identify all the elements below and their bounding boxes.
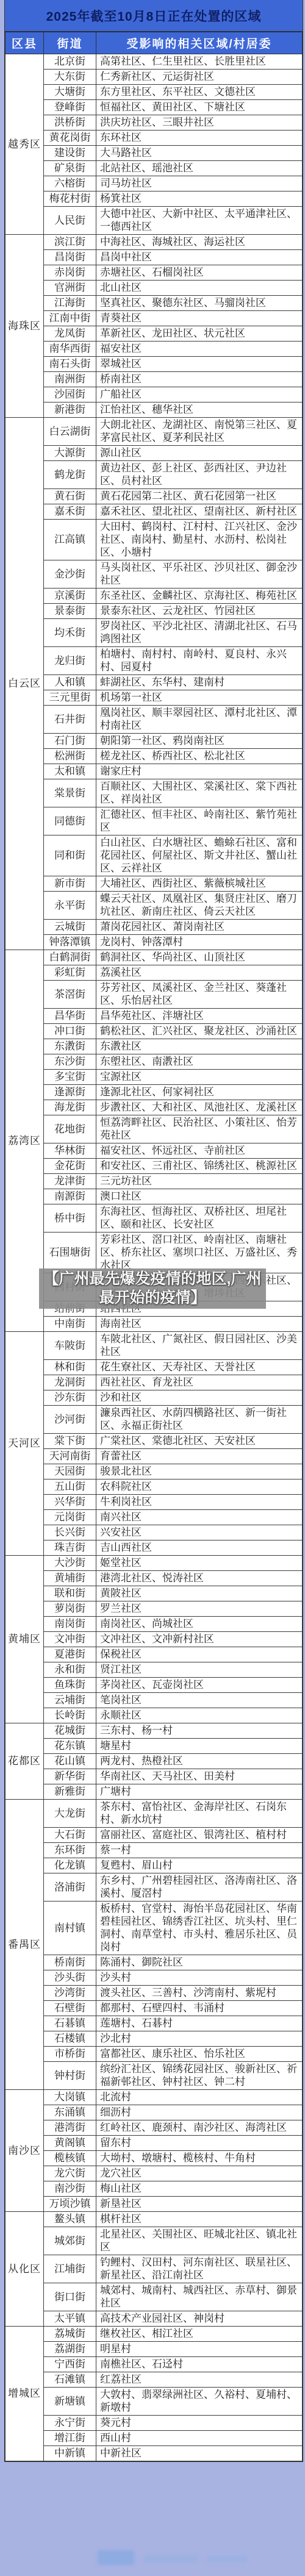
areas-cell: 大德中社区、大新中社区、太平通津社区、一德西社区: [96, 207, 303, 235]
table-row: 景泰街景泰东社区、云龙社区、竹园社区: [5, 604, 303, 619]
areas-cell: 昌岗中社区: [96, 250, 303, 265]
table-row: 洛浦街东乡村、广州碧桂园社区、洛涛南社区、洛溪村、厦滘村: [5, 1873, 303, 1902]
areas-cell: 东塱社区、南漖社区: [96, 1054, 303, 1070]
street-cell: 洛浦街: [44, 1873, 96, 1902]
areas-cell: 罗岗社区、平沙北社区、清湖北社区、石马鸿图社区: [96, 619, 303, 647]
street-cell: 桥中街: [44, 1204, 96, 1233]
areas-cell: 富丽社区、富庭社区、银湾社区、植村村: [96, 1828, 303, 1843]
street-cell: 茶滘街: [44, 981, 96, 1009]
street-cell: 京溪街: [44, 589, 96, 604]
areas-cell: 留东村: [96, 2136, 303, 2151]
areas-cell: 广船社区: [96, 387, 303, 402]
areas-cell: 杨箕社区: [96, 191, 303, 207]
street-cell: 钟落潭镇: [44, 935, 96, 950]
table-row: 官洲街北山社区: [5, 281, 303, 296]
street-cell: 江高镇: [44, 520, 96, 560]
header-areas: 受影响的相关区域/村居委: [96, 32, 303, 54]
street-cell: 长岭街: [44, 1708, 96, 1723]
table-row: 茶滘街芬芳社区、凤溪社区、金兰社区、葵蓬社区、乐怡居社区: [5, 981, 303, 1009]
street-cell: 南沙街: [44, 2181, 96, 2197]
street-cell: 石滩镇: [44, 2372, 96, 2388]
areas-cell: 萧岗花园社区、萧岗南社区: [96, 920, 303, 935]
street-cell: 荔湖街: [44, 2342, 96, 2357]
table-row: 东环街蔡一村: [5, 1843, 303, 1858]
table-row: 元岗街南兴社区: [5, 1510, 303, 1525]
street-cell: 南洲街: [44, 372, 96, 387]
areas-cell: 蚌湖社区、东华村、建南村: [96, 675, 303, 690]
table-row: 新塘镇大敦村、翡翠绿洲社区、久裕村、夏埔村、新墩村: [5, 2388, 303, 2416]
table-row: 均禾街罗岗社区、平沙北社区、清湖北社区、石马鸿图社区: [5, 619, 303, 647]
street-cell: 石碁镇: [44, 2016, 96, 2031]
street-cell: 龙洞街: [44, 1375, 96, 1390]
street-cell: 新塘镇: [44, 2388, 96, 2416]
areas-cell: 莲塘村、石碁村: [96, 2016, 303, 2031]
street-cell: 南源街: [44, 1189, 96, 1204]
areas-cell: 芳彩社区、滘口社区、岭南社区、南塘社区、桥东社区、塞坝口社区、万盛社区、秀水社区: [96, 1233, 303, 1273]
street-cell: 景泰街: [44, 604, 96, 619]
street-cell: 白云湖街: [44, 418, 96, 446]
street-cell: 沙头街: [44, 1970, 96, 1986]
table-row: 黄埔区大沙街姬堂社区: [5, 1556, 303, 1571]
street-cell: 黄花岗街: [44, 131, 96, 146]
areas-cell: 景泰东社区、云龙社区、竹园社区: [96, 604, 303, 619]
street-cell: 石楼镇: [44, 2031, 96, 2047]
areas-cell: 茅岗社区、瓦壶岗社区: [96, 1678, 303, 1693]
street-cell: 夏港街: [44, 1647, 96, 1662]
areas-cell: 逢源北社区、何家祠社区: [96, 1085, 303, 1100]
table-row: 多宝街宝源社区: [5, 1070, 303, 1085]
table-title: 2025年截至10月8日正在处置的区域: [5, 0, 303, 32]
street-cell: 珠吉街: [44, 1540, 96, 1556]
street-cell: 龙归街: [44, 647, 96, 675]
areas-cell: 贤江社区: [96, 1662, 303, 1678]
table-row: 石碁镇莲塘村、石碁村: [5, 2016, 303, 2031]
areas-cell: 沙北村: [96, 2031, 303, 2047]
table-row: 沙东街沙和社区: [5, 1390, 303, 1406]
table-row: 新华街华南社区、天马社区、田美村: [5, 1769, 303, 1784]
street-cell: 大东街: [44, 70, 96, 85]
table-row: 钟村街缤纷汇社区、锦绣花园社区、骏新社区、祈福新邨社区、钟村社区、钟二村: [5, 2062, 303, 2090]
areas-cell: 棋杆社区: [96, 2212, 303, 2227]
table-row: 联和街黄陂社区: [5, 1586, 303, 1601]
street-cell: 彩虹街: [44, 965, 96, 981]
areas-cell: 两龙村、热橙社区: [96, 1754, 303, 1769]
street-cell: 大龙街: [44, 1800, 96, 1828]
street-cell: 城郊街: [44, 2227, 96, 2255]
street-cell: 龙穴街: [44, 2166, 96, 2181]
table-row: 化龙镇复甦村、眉山村: [5, 1858, 303, 1873]
areas-cell: 赤塘社区、石榴岗社区: [96, 265, 303, 281]
street-cell: 鹤龙街: [44, 461, 96, 489]
table-row: 东涌镇细沥村: [5, 2105, 303, 2120]
table-row: 黄埔街港湾北社区、悦涛社区: [5, 1571, 303, 1586]
areas-cell: 沙头村: [96, 1970, 303, 1986]
areas-cell: 新垦社区: [96, 2197, 303, 2212]
table-row: 冲口街鹤松社区、汇兴社区、聚龙社区、沙涌社区: [5, 1024, 303, 1039]
areas-cell: 大朗北社区、龙湖社区、南悦第三社区、夏茅富民社区、夏茅利民社区: [96, 418, 303, 446]
street-cell: 人民街: [44, 207, 96, 235]
table-row: 黄花岗街东环社区: [5, 131, 303, 146]
areas-cell: 西社社区、育龙社区: [96, 1375, 303, 1390]
table-row: 建设街大马路社区: [5, 146, 303, 161]
table-row: 钟落潭镇龙岗村、钟落潭村: [5, 935, 303, 950]
areas-cell: 白山社区、白水塘社区、蟾蜍石社区、富和花园社区、何屋社区、斯文井社区、蟹山社区、…: [96, 835, 303, 876]
table-row: 永平街蝶云天社区、凤凰社区、集贤庄社区、磨刀坑社区、新南庄社区、倚云天社区: [5, 892, 303, 920]
table-row: 中新镇中新社区: [5, 2446, 303, 2461]
areas-cell: 沙和社区: [96, 1390, 303, 1406]
street-cell: 龙津街: [44, 1174, 96, 1189]
areas-cell: 塘星村: [96, 1739, 303, 1754]
table-row: 沙湾街渡头社区、三善村、沙湾南村、紫坭村: [5, 1986, 303, 2001]
street-cell: 永宁街: [44, 2416, 96, 2431]
table-row: 长兴街兴安社区: [5, 1525, 303, 1540]
table-row: 华林街福安社区、怀远社区、寺前社区: [5, 1143, 303, 1159]
table-row: 花山镇两龙村、热橙社区: [5, 1754, 303, 1769]
table-row: 永和街贤江社区: [5, 1662, 303, 1678]
table-row: 人和镇蚌湖社区、东华村、建南村: [5, 675, 303, 690]
table-row: 新市街大埔社区、西街社区、紫薇槟城社区: [5, 876, 303, 892]
table-row: 石壁街都那村、石壁四村、韦涌村: [5, 2001, 303, 2016]
table-row: 天河区车陂街车陂北社区、广氮社区、假日园社区、沙美社区: [5, 1332, 303, 1360]
table-row: 南岗街南岗社区、尚城社区: [5, 1617, 303, 1632]
table-row: 棠下街广棠社区、棠德北社区、天安社区: [5, 1434, 303, 1449]
areas-cell: 大敦村、翡翠绿洲社区、久裕村、夏埔村、新墩村: [96, 2388, 303, 2416]
areas-cell: 和安社区、三甫社区、锦绣社区、桃源社区: [96, 1159, 303, 1174]
areas-cell: 朝阳第一社区、鸦岗南社区: [96, 734, 303, 749]
street-cell: 万顷沙镇: [44, 2197, 96, 2212]
table-row: 江海街坚真社区、聚德东社区、马骝岗社区: [5, 296, 303, 311]
areas-cell: 嘉禾社区、望北社区、望南社区、新村社区: [96, 504, 303, 520]
district-cell: 天河区: [5, 1332, 44, 1556]
table-row: 市桥街富都社区、康乐社区、怡乐社区: [5, 2047, 303, 2062]
areas-cell: 大坳村、墩塘村、榄核村、牛角村: [96, 2151, 303, 2166]
areas-cell: 高第社区、仁生里社区、长胜里社区: [96, 54, 303, 70]
table-row: 金沙街马头岗社区、平乐社区、沙贝社区、御金沙社区: [5, 560, 303, 589]
areas-cell: 蝶云天社区、凤凰社区、集贤庄社区、磨刀坑社区、新南庄社区、倚云天社区: [96, 892, 303, 920]
areas-cell: 革新社区、龙田社区、状元社区: [96, 326, 303, 342]
street-cell: 榄核镇: [44, 2151, 96, 2166]
street-cell: 三元里街: [44, 690, 96, 706]
areas-cell: 大埔社区、西街社区、紫薇槟城社区: [96, 876, 303, 892]
street-cell: 大源街: [44, 446, 96, 461]
street-cell: 宁西街: [44, 2357, 96, 2372]
areas-cell: 继枚社区、相江社区: [96, 2327, 303, 2342]
table-row: 五山街农科院社区: [5, 1479, 303, 1495]
street-cell: 萝岗街: [44, 1601, 96, 1617]
areas-cell: 仁秀新社区、元运街社区: [96, 70, 303, 85]
table-row: 大源街源山社区: [5, 446, 303, 461]
areas-cell: 三元坊社区: [96, 1174, 303, 1189]
areas-cell: 姬堂社区: [96, 1556, 303, 1571]
table-row: 太平镇高技术产业园社区、神岗村: [5, 2311, 303, 2327]
table-row: 石围塘街芳彩社区、滘口社区、岭南社区、南塘社区、桥东社区、塞坝口社区、万盛社区、…: [5, 1233, 303, 1273]
table-row: 林和街花生寮社区、天寿社区、天誉社区: [5, 1360, 303, 1375]
street-cell: 大岗镇: [44, 2090, 96, 2105]
street-cell: 车陂街: [44, 1332, 96, 1360]
table-row: 同和街白山社区、白水塘社区、蟾蜍石社区、富和花园社区、何屋社区、斯文井社区、蟹山…: [5, 835, 303, 876]
street-cell: 官洲街: [44, 281, 96, 296]
street-cell: 东涌镇: [44, 2105, 96, 2120]
areas-cell: 大马路社区: [96, 146, 303, 161]
faint-watermark-text-blur: [143, 2555, 198, 2563]
table-row: 大东街仁秀新社区、元运街社区: [5, 70, 303, 85]
areas-cell: 永顺社区: [96, 1708, 303, 1723]
table-row: 沙园街广船社区: [5, 387, 303, 402]
table-row: 海珠区滨江街中海社区、海城社区、海运社区: [5, 235, 303, 250]
district-cell: 南沙区: [5, 2090, 44, 2212]
table-row: 夏港街保税社区: [5, 1647, 303, 1662]
street-cell: 长兴街: [44, 1525, 96, 1540]
areas-cell: 骏景北社区: [96, 1464, 303, 1479]
areas-cell: 笔岗社区: [96, 1693, 303, 1708]
table-row: 新雅街广塘村: [5, 1784, 303, 1800]
table-row: 京溪街东圣社区、金麟社区、京海社区、梅苑社区: [5, 589, 303, 604]
table-row: 沙头街沙头村: [5, 1970, 303, 1986]
areas-cell: 板桥村、官堂村、海怡半岛花园社区、华南碧桂园社区、锦绣香江社区、坑头村、里仁洞村…: [96, 1902, 303, 1955]
street-cell: 林和街: [44, 1360, 96, 1375]
areas-cell: 凰岗社区、顺丰翠园社区、潭村北社区、潭村南社区: [96, 706, 303, 734]
areas-cell: 文冲社区、文冲新村社区: [96, 1632, 303, 1647]
district-cell: 白云区: [5, 418, 44, 950]
table-row: 黄石街黄石花园第二社区、黄石花园第一社区: [5, 489, 303, 504]
table-row: 三元里街机场第一社区: [5, 690, 303, 706]
street-cell: 冲口街: [44, 1024, 96, 1039]
watermark-overlay: 【广州最先爆发疫情的地区,广州最开始的疫情】: [39, 1268, 266, 1309]
street-cell: 东环街: [44, 1843, 96, 1858]
table-row: 登峰街恒福社区、黄田社区、下塘社区: [5, 100, 303, 115]
header-street: 街道: [44, 32, 96, 54]
table-row: 越秀区北京街高第社区、仁生里社区、长胜里社区: [5, 54, 303, 70]
areas-cell: 荔溪社区: [96, 965, 303, 981]
street-cell: 鱼珠街: [44, 1678, 96, 1693]
table-row: 永宁街葵元村: [5, 2416, 303, 2431]
areas-cell: 富都社区、康乐社区、怡乐社区: [96, 2047, 303, 2062]
areas-cell: 步漖社区、大和社区、凤池社区、龙溪社区: [96, 1100, 303, 1115]
areas-cell: 北站社区、瑶池社区: [96, 161, 303, 176]
street-cell: 金沙街: [44, 560, 96, 589]
areas-cell: 红荔社区: [96, 2372, 303, 2388]
street-cell: 南村镇: [44, 1902, 96, 1955]
areas-cell: 机场第一社区: [96, 690, 303, 706]
street-cell: 大石街: [44, 1828, 96, 1843]
areas-cell: 黄石花园第二社区、黄石花园第一社区: [96, 489, 303, 504]
areas-cell: 黄陂社区: [96, 1586, 303, 1601]
table-row: 江南中街青葵社区: [5, 311, 303, 326]
table-row: 大石街富丽社区、富庭社区、银湾社区、植村村: [5, 1828, 303, 1843]
areas-cell: 南樵社区、石迳村: [96, 2357, 303, 2372]
areas-cell: 陈涌村、御院社区: [96, 1955, 303, 1970]
street-cell: 黄埔街: [44, 1571, 96, 1586]
table-row: 黄阁镇留东村: [5, 2136, 303, 2151]
areas-cell: 细沥村: [96, 2105, 303, 2120]
street-cell: 化龙镇: [44, 1858, 96, 1873]
street-cell: 江海街: [44, 296, 96, 311]
district-cell: 增城区: [5, 2327, 44, 2461]
street-cell: 中南街: [44, 1317, 96, 1332]
street-cell: 六榕街: [44, 176, 96, 191]
table-row: 洪桥街洪庆坊社区、三眼井社区: [5, 115, 303, 131]
street-cell: 太和镇: [44, 764, 96, 779]
areas-cell: 谢家庄村: [96, 764, 303, 779]
table-row: 大塘街东方里社区、东平社区、文德社区: [5, 85, 303, 100]
table-row: 珠吉街吉山西社区: [5, 1540, 303, 1556]
street-cell: 南岗街: [44, 1617, 96, 1632]
street-cell: 兴华街: [44, 1495, 96, 1510]
areas-cell: 源山社区: [96, 446, 303, 461]
district-cell: 从化区: [5, 2212, 44, 2327]
table-row: 白云区白云湖街大朗北社区、龙湖社区、南悦第三社区、夏茅富民社区、夏茅利民社区: [5, 418, 303, 446]
header-district: 区县: [5, 32, 44, 54]
table-row: 石门街朝阳第一社区、鸦岗南社区: [5, 734, 303, 749]
areas-cell: 牛利岗社区: [96, 1495, 303, 1510]
header-row: 区县 街道 受影响的相关区域/村居委: [5, 32, 303, 54]
areas-cell: 广塘村: [96, 1784, 303, 1800]
table-row: 花东镇塘星村: [5, 1739, 303, 1754]
table-row: 昌岗街昌岗中社区: [5, 250, 303, 265]
table-row: 赤岗街赤塘社区、石榴岗社区: [5, 265, 303, 281]
table-row: 江高镇大田村、鹤岗村、江村村、江兴社区、金沙社区、南岗村、勤星村、水沥村、松岗社…: [5, 520, 303, 560]
areas-cell: 中新社区: [96, 2446, 303, 2461]
table-row: 矿泉街北站社区、瑶池社区: [5, 161, 303, 176]
district-cell: 海珠区: [5, 235, 44, 418]
affected-areas-table-container: 2025年截至10月8日正在处置的区域 区县 街道 受影响的相关区域/村居委 越…: [4, 0, 303, 2462]
areas-cell: 高技术产业园社区、神岗村: [96, 2311, 303, 2327]
areas-cell: 华南社区、天马社区、田美村: [96, 1769, 303, 1784]
table-row: 南华西街福安社区: [5, 342, 303, 357]
areas-cell: 吉山西社区: [96, 1540, 303, 1556]
table-row: 花都区花城街三东村、杨一村: [5, 1723, 303, 1739]
areas-cell: 中海社区、海城社区、海运社区: [96, 235, 303, 250]
street-cell: 花地街: [44, 1115, 96, 1143]
affected-areas-table: 区县 街道 受影响的相关区域/村居委 越秀区北京街高第社区、仁生里社区、长胜里社…: [5, 32, 303, 2461]
table-row: 南洲街桥南社区: [5, 372, 303, 387]
table-row: 石楼镇沙北村: [5, 2031, 303, 2047]
street-cell: 大沙街: [44, 1556, 96, 1571]
table-row: 龙津街三元坊社区: [5, 1174, 303, 1189]
areas-cell: 农科院社区: [96, 1479, 303, 1495]
areas-cell: 港湾北社区、悦涛社区: [96, 1571, 303, 1586]
table-row: 南沙区大岗镇北流村: [5, 2090, 303, 2105]
street-cell: 联和街: [44, 1586, 96, 1601]
faint-watermark-smudge: [98, 2550, 134, 2565]
table-row: 江埔街钓鲤村、汉田村、河东南社区、联星社区、新星社区、沿江南社区: [5, 2255, 303, 2283]
street-cell: 石门街: [44, 734, 96, 749]
faint-watermark-text-blur: [207, 2555, 247, 2563]
street-cell: 白鹤洞街: [44, 950, 96, 965]
street-cell: 沙东街: [44, 1390, 96, 1406]
street-cell: 文冲街: [44, 1632, 96, 1647]
areas-cell: 福安社区、怀远社区、寺前社区: [96, 1143, 303, 1159]
table-row: 南村镇板桥村、官堂村、海怡半岛花园社区、华南碧桂园社区、锦绣香江社区、坑头村、里…: [5, 1902, 303, 1955]
street-cell: 梅花村街: [44, 191, 96, 207]
street-cell: 人和镇: [44, 675, 96, 690]
areas-cell: 柏塘村、南村村、南岭村、夏良村、永兴村、园夏村: [96, 647, 303, 675]
areas-cell: 南兴社区: [96, 1510, 303, 1525]
table-row: 兴华街牛利岗社区: [5, 1495, 303, 1510]
areas-cell: 明星村: [96, 2342, 303, 2357]
table-row: 天园街骏景北社区: [5, 1464, 303, 1479]
street-cell: 钟村街: [44, 2062, 96, 2090]
street-cell: 东沙街: [44, 1054, 96, 1070]
street-cell: 江埔街: [44, 2255, 96, 2283]
street-cell: 港湾街: [44, 2120, 96, 2136]
street-cell: 松洲街: [44, 749, 96, 764]
areas-cell: 东环社区: [96, 131, 303, 146]
street-cell: 矿泉街: [44, 161, 96, 176]
table-row: 嘉禾街嘉禾社区、望北社区、望南社区、新村社区: [5, 504, 303, 520]
street-cell: 同德街: [44, 807, 96, 835]
street-cell: 沙园街: [44, 387, 96, 402]
areas-cell: 鹤松社区、汇兴社区、聚龙社区、沙涌社区: [96, 1024, 303, 1039]
areas-cell: 翠城社区: [96, 357, 303, 372]
table-row: 南源街澳口社区: [5, 1189, 303, 1204]
street-cell: 昌华街: [44, 1009, 96, 1024]
street-cell: 南华西街: [44, 342, 96, 357]
areas-cell: 南岗社区、尚城社区: [96, 1617, 303, 1632]
street-cell: 花城街: [44, 1723, 96, 1739]
table-row: 棠景街百顺社区、大围社区、棠溪社区、棠下西社区、祥岗社区: [5, 779, 303, 807]
street-cell: 黄阁镇: [44, 2136, 96, 2151]
street-cell: 新雅街: [44, 1784, 96, 1800]
areas-cell: 三东村、杨一村: [96, 1723, 303, 1739]
street-cell: 五山街: [44, 1479, 96, 1495]
street-cell: 龙凤街: [44, 326, 96, 342]
table-row: 增江街西山村: [5, 2431, 303, 2446]
street-cell: 新市街: [44, 876, 96, 892]
areas-cell: 鹤洞社区、华尚社区、山顶社区: [96, 950, 303, 965]
table-row: 港湾街红岭社区、鹿颈村、南沙社区、海湾社区: [5, 2120, 303, 2136]
street-cell: 中新镇: [44, 2446, 96, 2461]
table-row: 萝岗街罗兰社区: [5, 1601, 303, 1617]
district-cell: 番禺区: [5, 1800, 44, 2090]
areas-cell: 百顺社区、大围社区、棠溪社区、棠下西社区、祥岗社区: [96, 779, 303, 807]
street-cell: 建设街: [44, 146, 96, 161]
street-cell: 赤岗街: [44, 265, 96, 281]
street-cell: 南石头街: [44, 357, 96, 372]
areas-cell: 城郊村、城南村、城西社区、赤草村、御景社区: [96, 2283, 303, 2311]
areas-cell: 宝源社区: [96, 1070, 303, 1085]
areas-cell: 兴安社区: [96, 1525, 303, 1540]
table-row: 花地街恒荔湾畔社区、民治社区、小策社区、怡芳苑社区: [5, 1115, 303, 1143]
table-row: 云城街萧岗花园社区、萧岗南社区: [5, 920, 303, 935]
street-cell: 均禾街: [44, 619, 96, 647]
table-row: 增城区荔城街继枚社区、相江社区: [5, 2327, 303, 2342]
table-row: 同德街汇德社区、恒丰社区、岭南社区、紫竹苑社区: [5, 807, 303, 835]
street-cell: 新华街: [44, 1769, 96, 1784]
street-cell: 江南中街: [44, 311, 96, 326]
table-row: 从化区鳌头镇棋杆社区: [5, 2212, 303, 2227]
table-row: 城郊街北星社区、关围社区、旺城北社区、镇北社区: [5, 2227, 303, 2255]
street-cell: 沙河街: [44, 1406, 96, 1434]
table-row: 松洲街槎龙社区、桥西社区、松北社区: [5, 749, 303, 764]
table-row: 逢源街逢源北社区、何家祠社区: [5, 1085, 303, 1100]
table-row: 鱼珠街茅岗社区、瓦壶岗社区: [5, 1678, 303, 1693]
areas-cell: 澳口社区: [96, 1189, 303, 1204]
table-row: 鹤龙街黄边社区、彭上社区、彭西社区、尹边社区、员村社区: [5, 461, 303, 489]
street-cell: 嘉禾街: [44, 504, 96, 520]
street-cell: 天园街: [44, 1464, 96, 1479]
page-root: { "page": { "background_color": "#a8b3e2…: [0, 0, 305, 2576]
areas-cell: 复甦村、眉山村: [96, 1858, 303, 1873]
street-cell: 多宝街: [44, 1070, 96, 1085]
street-cell: 滨江街: [44, 235, 96, 250]
areas-cell: 槎龙社区、桥西社区、松北社区: [96, 749, 303, 764]
table-row: 宁西街南樵社区、石迳村: [5, 2357, 303, 2372]
areas-cell: 洪庆坊社区、三眼井社区: [96, 115, 303, 131]
street-cell: 东漖街: [44, 1039, 96, 1054]
street-cell: 华林街: [44, 1143, 96, 1159]
areas-cell: 葵元村: [96, 2416, 303, 2431]
